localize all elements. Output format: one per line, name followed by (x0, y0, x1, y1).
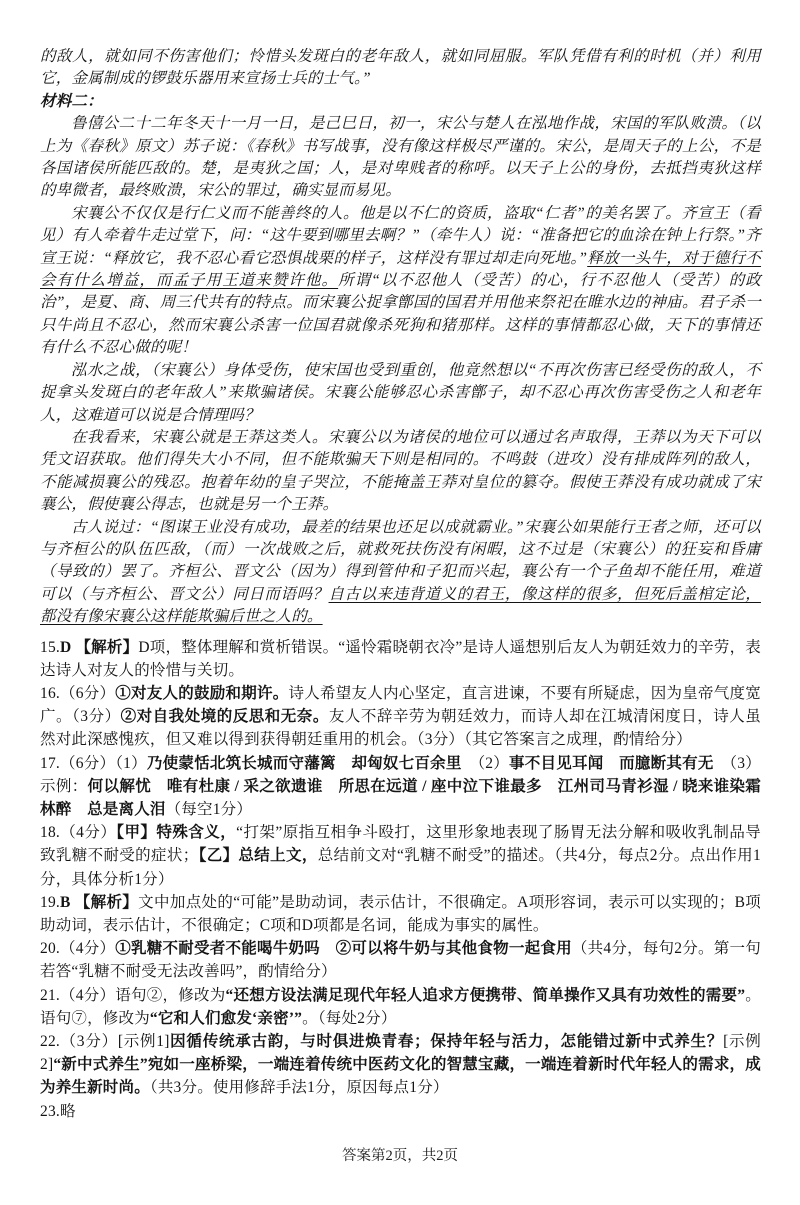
key-point: ②对自我处境的反思和无奈。 (121, 708, 329, 725)
key-point: “它和人们愈发‘亲密’” (150, 1010, 302, 1027)
material2-paragraph-5: 古人说过：“图谋王业没有成功，最差的结果也还足以成就霸业。”宋襄公如果能行王者之… (40, 517, 761, 629)
material2-paragraph-1: 鲁僖公二十二年冬天十一月一日，是己巳日，初一，宋公与楚人在泓地作战，宋国的军队败… (40, 113, 761, 203)
text-segment: （2） (462, 755, 509, 772)
key-point: “还想方设法满足现代年轻人追求方便携带、简单操作又具有功效性的需要” (225, 987, 745, 1004)
answer-22: 22.（3分）[示例1]因循传统承古韵，与时俱进焕青春；保持年轻与活力，怎能错过… (40, 1030, 761, 1100)
material2-paragraph-3: 泓水之战，（宋襄公）身体受伤，使宋国也受到重创，他竟然想以“不再次伤害已经受伤的… (40, 360, 761, 427)
text-segment: 17.（6分）（1） (40, 755, 147, 772)
text-segment: 鲁僖公二十二年冬天十一月一日，是己巳日，初一，宋公与楚人在泓地作战，宋国的军队败… (40, 115, 761, 199)
key-point: ①乳糖不耐受者不能喝牛奶吗 ②可以将牛奶与其他食物一起食用 (115, 940, 572, 957)
answers-section: 15.D 【解析】D项，整体理解和赏析错误。“遥怜霜晓朝衣冷”是诗人遥想别后友人… (40, 636, 761, 1123)
answer-key-page: 的敌人，就如同不伤害他们；怜惜头发斑白的老年敌人，就如同屈服。军队凭借有利的时机… (0, 0, 800, 1205)
text-segment: 。（每处2分） (302, 1010, 396, 1027)
key-point: 【乙】总结上文， (198, 847, 317, 864)
key-point: 事不目见耳闻 而臆断其有无 (509, 755, 714, 772)
text-segment: 18.（4分） (40, 824, 116, 841)
key-point: 何以解忧 唯有杜康 / 采之欲遗谁 所思在远道 / 座中泣下谁最多 江州司马青衫… (40, 778, 761, 818)
text-segment: 文中加点处的“可能”是助动词，表示估计，不很确定。A项形容词，表示可以实现的；B… (40, 894, 761, 934)
text-segment: 的敌人，就如同不伤害他们；怜惜头发斑白的老年敌人，就如同屈服。军队凭借有利的时机… (40, 48, 761, 87)
text-segment: 16.（6分） (40, 685, 115, 702)
material2-paragraph-4: 在我看来，宋襄公就是王莽这类人。宋襄公以为诸侯的地位可以通过名声取得，王莽以为天… (40, 427, 761, 517)
answer-letter: D 【解析】 (60, 639, 138, 656)
answer-20: 20.（4分）①乳糖不耐受者不能喝牛奶吗 ②可以将牛奶与其他食物一起食用（共4分… (40, 937, 761, 983)
answer-16: 16.（6分）①对友人的鼓励和期许。诗人希望友人内心坚定，直言进谏，不要有所疑虑… (40, 682, 761, 752)
text-segment: 在我看来，宋襄公就是王莽这类人。宋襄公以为诸侯的地位可以通过名声取得，王莽以为天… (40, 429, 761, 513)
material-translation-section: 的敌人，就如同不伤害他们；怜惜头发斑白的老年敌人，就如同屈服。军队凭借有利的时机… (40, 46, 761, 629)
answer-17: 17.（6分）（1）乃使蒙恬北筑长城而守藩篱 却匈奴七百余里 （2）事不目见耳闻… (40, 752, 761, 822)
text-segment: 泓水之战，（宋襄公）身体受伤，使宋国也受到重创，他竟然想以“不再次伤害已经受伤的… (40, 362, 761, 424)
answer-15: 15.D 【解析】D项，整体理解和赏析错误。“遥怜霜晓朝衣冷”是诗人遥想别后友人… (40, 636, 761, 682)
text-segment: 23.略 (40, 1103, 76, 1120)
key-point: ①对友人的鼓励和期许。 (115, 685, 288, 702)
answer-18: 18.（4分）【甲】特殊含义，“打架”原指互相争斗殴打，这里形象地表现了肠胃无法… (40, 821, 761, 891)
material2-heading: 材料二： (40, 91, 761, 113)
text-segment: （共3分。使用修辞手法1分，原因每点1分） (150, 1079, 449, 1096)
material2-paragraph-2: 宋襄公不仅仅是行仁义而不能善终的人。他是以不仁的资质，盗取“仁者”的美名罢了。齐… (40, 203, 761, 360)
page-footer: 答案第2页，共2页 (0, 1144, 800, 1165)
continuation-paragraph: 的敌人，就如同不伤害他们；怜惜头发斑白的老年敌人，就如同屈服。军队凭借有利的时机… (40, 46, 761, 91)
text-segment: （每空1分） (166, 801, 252, 818)
key-point: 因循传统承古韵，与时俱进焕青春；保持年轻与活力，怎能错过新中式养生？ (170, 1033, 724, 1050)
text-segment: 21.（4分）语句②，修改为 (40, 987, 225, 1004)
text-segment: 19. (40, 894, 60, 911)
key-point: 乃使蒙恬北筑长城而守藩篱 却匈奴七百余里 (147, 755, 462, 772)
answer-19: 19.B 【解析】文中加点处的“可能”是助动词，表示估计，不很确定。A项形容词，… (40, 891, 761, 937)
answer-23: 23.略 (40, 1100, 761, 1123)
key-point: 【甲】特殊含义， (116, 824, 236, 841)
text-segment: D项，整体理解和赏析错误。“遥怜霜晓朝衣冷”是诗人遥想别后友人为朝廷效力的辛劳，… (40, 639, 761, 679)
answer-21: 21.（4分）语句②，修改为“还想方设法满足现代年轻人追求方便携带、简单操作又具… (40, 984, 761, 1030)
text-segment: 20.（4分） (40, 940, 115, 957)
text-segment: 22.（3分）[示例1] (40, 1033, 170, 1050)
text-segment: 15. (40, 639, 60, 656)
answer-letter: B 【解析】 (60, 894, 138, 911)
